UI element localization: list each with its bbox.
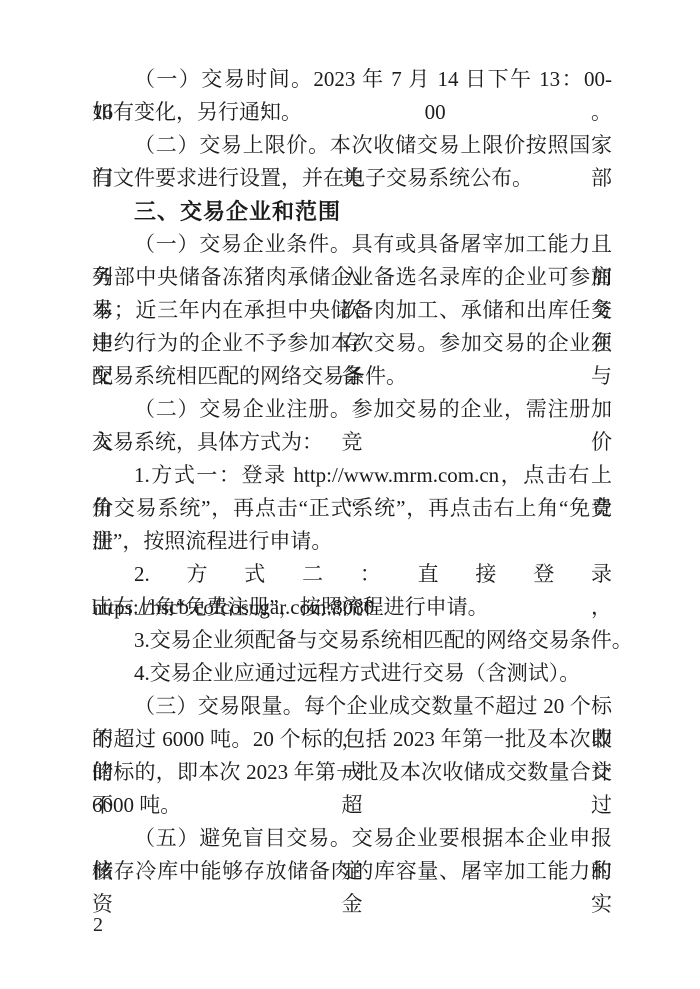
text-line: 1.方式一：登录 http://www.mrm.com.cn，点击右上角“竞 xyxy=(92,459,612,492)
text-line: 价交易系统”，再点击“正式系统”，再点击右上角“免费注 xyxy=(92,492,612,525)
text-line: （一）交易企业条件。具有或具备屠宰加工能力且列入商 xyxy=(92,228,612,261)
text-line: （五）避免盲目交易。交易企业要根据本企业申报核定的 xyxy=(92,822,612,855)
section-heading: 三、交易企业和范围 xyxy=(92,195,612,228)
page-number: 2 xyxy=(93,912,103,938)
text-line: （三）交易限量。每个企业成交数量不超过 20 个标的，即 xyxy=(92,690,612,723)
text-line: 违约行为的企业不予参加本次交易。参加交易的企业须配备与 xyxy=(92,327,612,360)
text-line: 3.交易企业须配备与交易系统相匹配的网络交易条件。 xyxy=(92,624,612,657)
text-line: 册”，按照流程进行申请。 xyxy=(92,525,612,558)
text-line: 的标的，即本次 2023 年第一批及本次收储成交数量合计不超过 xyxy=(92,756,612,789)
document-body: （一）交易时间。2023 年 7 月 14 日下午 13：00-16：00。 如… xyxy=(92,63,612,888)
text-line: （一）交易时间。2023 年 7 月 14 日下午 13：00-16：00。 xyxy=(92,63,612,96)
text-line: （二）交易企业注册。参加交易的企业，需注册加入竞价 xyxy=(92,393,612,426)
text-line: （二）交易上限价。本次收储交易上限价按照国家有关部 xyxy=(92,129,612,162)
text-line: 易；近三年内在承担中央储备肉加工、承储和出库任务中存在 xyxy=(92,294,612,327)
text-line: 储存冷库中能够存放储备肉的库容量、屠宰加工能力和资金实 xyxy=(92,855,612,888)
document-page: （一）交易时间。2023 年 7 月 14 日下午 13：00-16：00。 如… xyxy=(0,0,700,989)
text-line: 务部中央储备冻猪肉承储企业备选名录库的企业可参加本次交 xyxy=(92,261,612,294)
text-line: 不超过 6000 吨。20 个标的包括 2023 年第一批及本次收储成交 xyxy=(92,723,612,756)
text-line: 2.方式二：直接登录 https://hscb.cofcosugar.com:8… xyxy=(92,558,612,591)
text-line: 4.交易企业应通过远程方式进行交易（含测试）。 xyxy=(92,657,612,690)
